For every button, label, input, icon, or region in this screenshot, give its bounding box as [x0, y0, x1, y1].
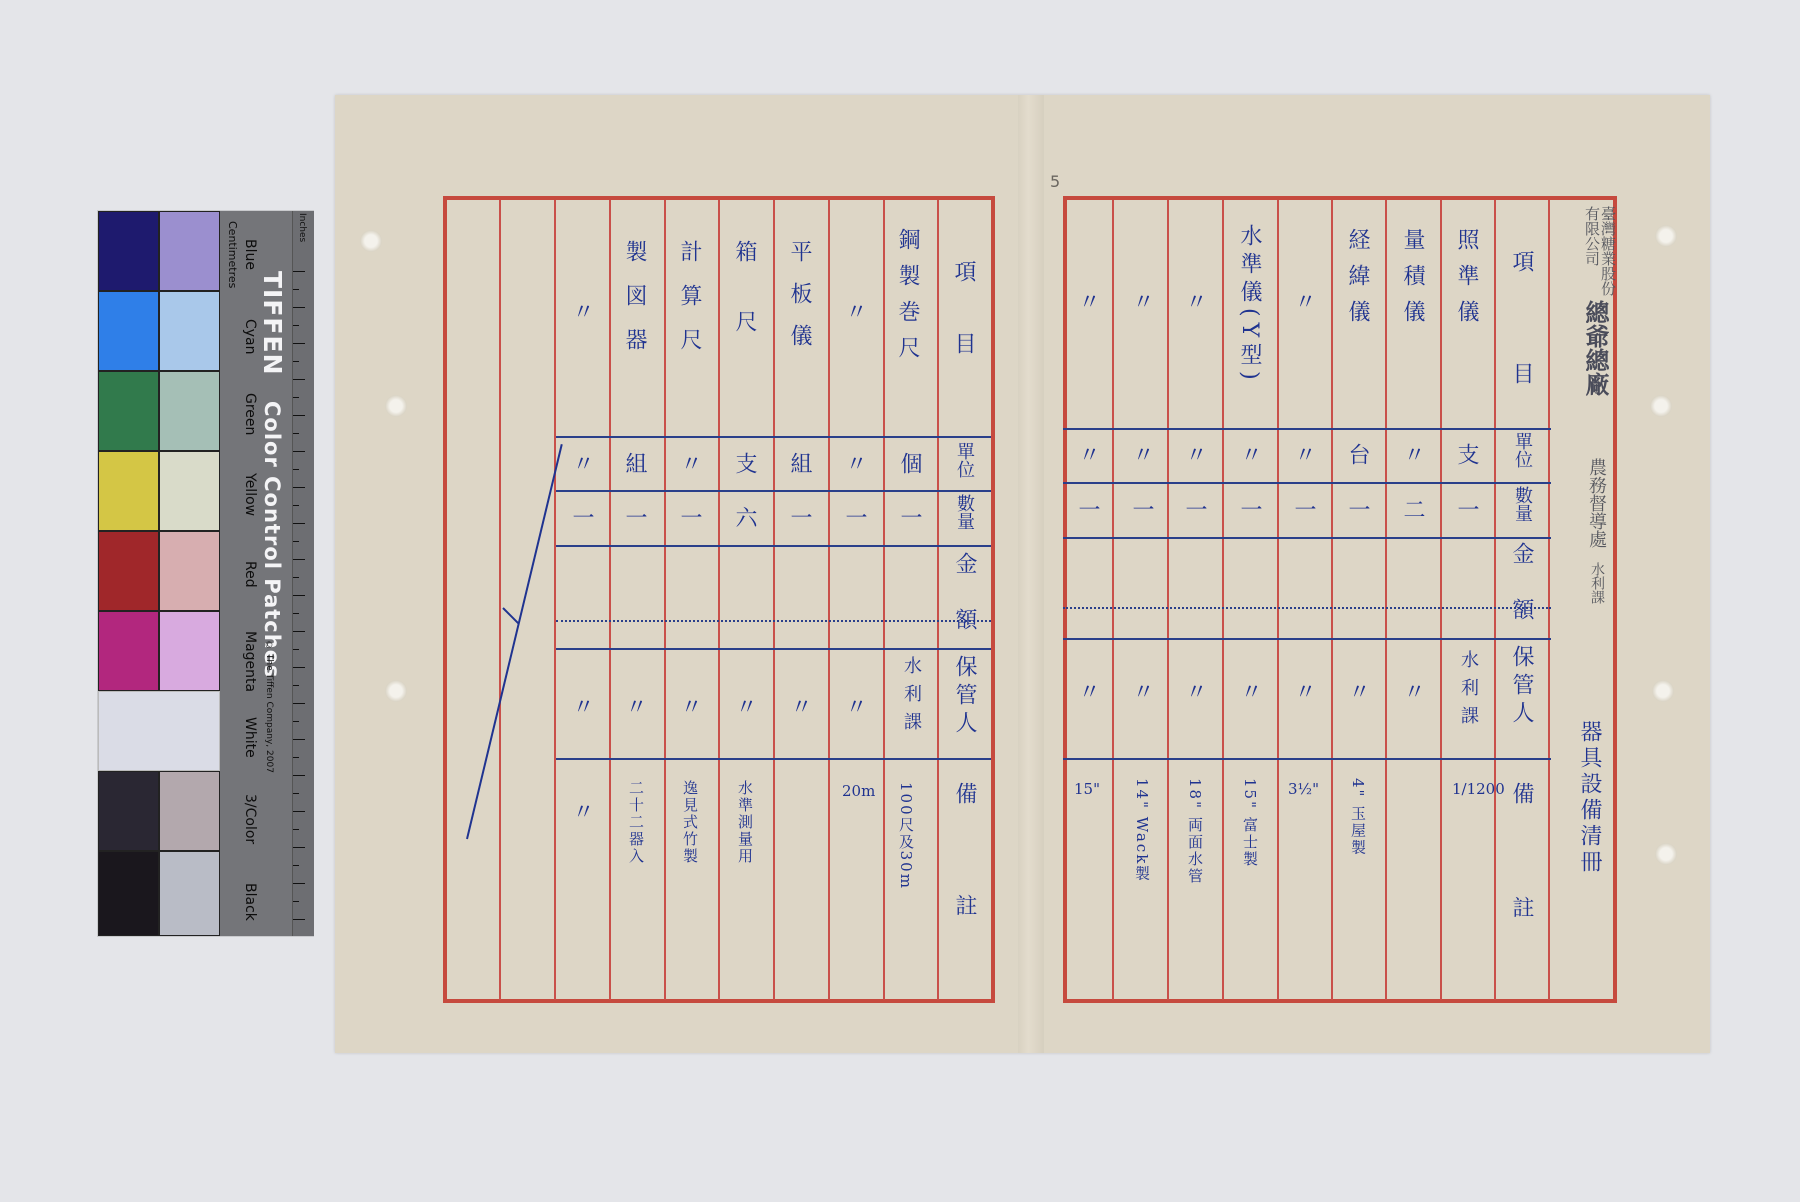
header-custodian: 保管人	[953, 655, 975, 739]
patch-black-dark	[98, 851, 159, 936]
punch-hole	[360, 230, 382, 252]
patch-yellow-light	[159, 451, 220, 531]
header-unit: 單位	[1513, 432, 1531, 468]
patch-label-cyan: Cyan	[242, 319, 258, 355]
patch-cyan-light	[159, 291, 220, 371]
header-amount: 金額	[1510, 542, 1532, 654]
patch-magenta-dark	[98, 611, 159, 691]
department-name: 農務督導處	[1583, 458, 1609, 548]
patch-green-light	[159, 371, 220, 451]
document-title: 器具設備清冊	[1578, 720, 1600, 876]
company-name: 臺灣糖業股份有限公司	[1582, 206, 1616, 296]
factory-name: 總爺總廠	[1578, 300, 1613, 396]
card-title: Color Control Patches	[260, 401, 284, 678]
patch-green-dark	[98, 371, 159, 451]
header-amount: 金額	[953, 552, 975, 664]
patch-label-white: White	[242, 717, 258, 758]
tiffen-logo: TIFFEN	[258, 271, 287, 376]
punch-hole	[1655, 843, 1677, 865]
ruler: Inches	[292, 211, 314, 936]
patch-label-blue: Blue	[242, 239, 258, 270]
patch-blue-dark	[98, 211, 159, 291]
patch-white	[98, 691, 220, 771]
color-calibration-card: Centimetres Blue Cyan Green Yellow Red M…	[97, 210, 314, 937]
card-label-strip: Centimetres Blue Cyan Green Yellow Red M…	[220, 211, 292, 936]
inches-label: Inches	[297, 213, 307, 242]
header-remarks: 備註	[953, 782, 975, 1006]
punch-hole	[1655, 225, 1677, 247]
header-remarks: 備註	[1510, 782, 1532, 1010]
header-custodian: 保管人	[1510, 645, 1532, 729]
patch-yellow-dark	[98, 451, 159, 531]
patch-label-green: Green	[242, 393, 258, 435]
punch-hole	[1650, 395, 1672, 417]
header-item: 項目	[952, 260, 974, 404]
patch-red-light	[159, 531, 220, 611]
page-fold	[1018, 95, 1044, 1053]
patch-label-magenta: Magenta	[242, 631, 258, 692]
patch-label-red: Red	[242, 561, 258, 588]
header-unit: 單位	[955, 442, 973, 478]
patch-cyan-dark	[98, 291, 159, 371]
centimetres-label: Centimetres	[226, 221, 239, 288]
patch-label-3color: 3/Color	[242, 794, 258, 844]
card-copyright: © The Tiffen Company, 2007	[264, 641, 274, 773]
patch-3color-dark	[98, 771, 159, 851]
patch-label-yellow: Yellow	[242, 473, 258, 516]
patch-red-dark	[98, 531, 159, 611]
header-quantity: 數量	[1513, 486, 1531, 522]
patch-magenta-light	[159, 611, 220, 691]
punch-hole	[385, 680, 407, 702]
patch-black-light	[159, 851, 220, 936]
header-quantity: 數量	[955, 494, 973, 530]
punch-hole	[1652, 680, 1674, 702]
patch-3color-light	[159, 771, 220, 851]
punch-hole	[385, 395, 407, 417]
patch-label-black: Black	[242, 883, 258, 921]
patch-blue-light	[159, 211, 220, 291]
section-name: 水利課	[1587, 562, 1607, 604]
page-number: 5	[1050, 172, 1060, 191]
